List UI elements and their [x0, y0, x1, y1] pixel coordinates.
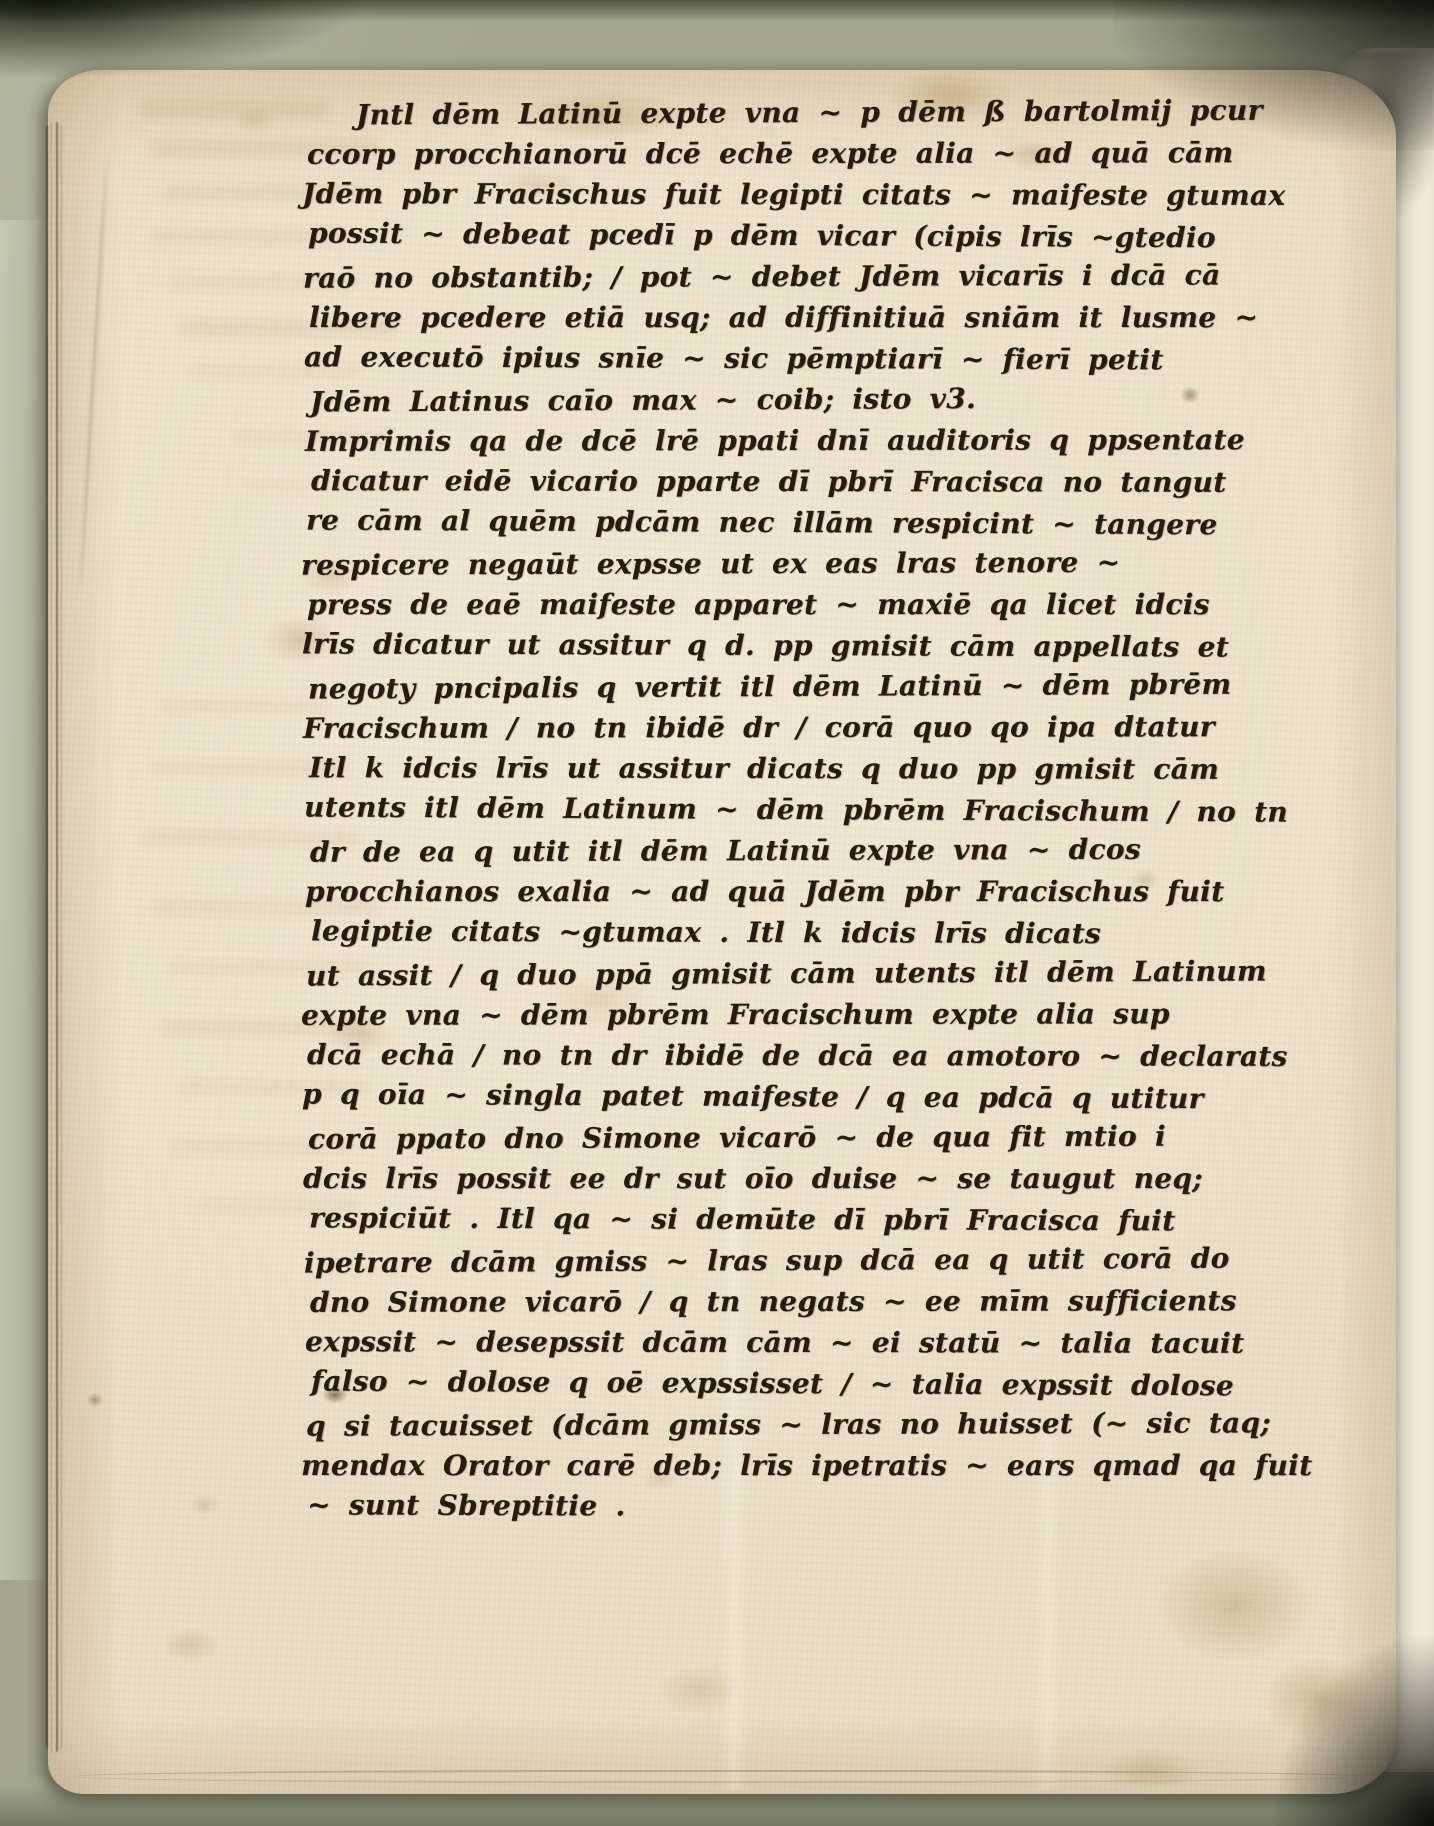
handwritten-line: dcā echā / no tn dr ibidē de dcā ea amot…: [307, 1034, 1266, 1077]
handwritten-line: legiptie citats ~gtumax . Itl k idcis lr…: [311, 910, 1266, 954]
handwritten-line: falso ~ dolose q oē expssisset / ~ talia…: [311, 1361, 1266, 1407]
handwritten-line: dno Simone vicarō / q tn negats ~ ee mīm…: [310, 1280, 1266, 1323]
handwritten-line: Imprimis qa de dcē lrē ppati dnī auditor…: [305, 419, 1266, 462]
handwritten-line: respiciūt . Itl qa ~ si demūte dī pbrī F…: [309, 1197, 1266, 1241]
handwritten-line: mendax Orator carē deb; lrīs ipetratis ~…: [301, 1445, 1266, 1486]
handwritten-line: procchianos exalia ~ ad quā Jdēm pbr Fra…: [305, 871, 1266, 912]
foxing-stain: [225, 100, 285, 140]
handwritten-line: libere pcedere etiā usq; ad diffinitiuā …: [309, 297, 1266, 338]
handwritten-line: press de eaē maifeste apparet ~ maxiē qa…: [307, 584, 1266, 625]
foxing-stain: [1125, 1525, 1345, 1685]
foxing-stain: [150, 1620, 230, 1670]
bottom-page-fold: [74, 1770, 1364, 1783]
handwritten-line: respicere negaūt expsse ut ex eas lras t…: [301, 541, 1266, 585]
handwritten-line: ccorp procchianorū dcē echē expte alia ~…: [307, 132, 1266, 175]
foxing-stain: [83, 1390, 107, 1410]
handwritten-line: dr de ea q utit itl dēm Latinū expte vna…: [310, 828, 1266, 872]
handwritten-line: lrīs dicatur ut assitur q d. pp gmisit c…: [302, 623, 1266, 667]
handwritten-line: dicatur eidē vicario pparte dī pbrī Frac…: [311, 460, 1266, 503]
handwritten-line: ut assit / q duo ppā gmisit cām utents i…: [306, 950, 1266, 996]
underlying-sheet: [0, 220, 52, 1580]
text-block: Jntl dēm Latinū expte vna ~ p dēm ß bart…: [306, 92, 1266, 1527]
handwritten-line: raō no obstantib; / pot ~ debet Jdēm vic…: [303, 254, 1266, 298]
manuscript-page: Jntl dēm Latinū expte vna ~ p dēm ß bart…: [48, 70, 1396, 1794]
book-cover-corner: [0, 0, 360, 78]
ink-showthrough: [140, 100, 330, 118]
handwritten-line: Itl k idcis lrīs ut assitur dicats q duo…: [309, 747, 1266, 790]
handwritten-line: q si tacuisset (dcām gmiss ~ lras no hui…: [306, 1402, 1266, 1446]
foxing-stain: [1240, 1640, 1400, 1760]
corner-crease: [79, 160, 108, 589]
foxing-stain: [183, 1491, 227, 1519]
manuscript-scan: Jntl dēm Latinū expte vna ~ p dēm ß bart…: [0, 0, 1434, 1826]
handwritten-line: negoty pncipalis q vertit itl dēm Latinū…: [308, 663, 1266, 709]
handwritten-line: ~ sunt Sbreptitie .: [307, 1484, 1266, 1528]
handwritten-line: Jdēm Latinus caīo max ~ coib; isto v3.: [310, 376, 1266, 422]
handwritten-line: Jdēm pbr Fracischus fuit legipti citats …: [302, 173, 1266, 216]
handwritten-line: p q oīa ~ singla patet maifeste / q ea p…: [302, 1073, 1266, 1119]
handwritten-line: dcis lrīs possit ee dr sut oīo duise ~ s…: [303, 1158, 1266, 1199]
foxing-stain: [640, 1655, 760, 1725]
page-stack-edges: [46, 122, 63, 1752]
handwritten-line: ad executō ipius snīe ~ sic pēmptiarī ~ …: [304, 336, 1266, 380]
handwritten-line: ipetrare dcām gmiss ~ lras sup dcā ea q …: [304, 1237, 1266, 1283]
handwritten-line: possit ~ debeat pcedī p dēm vicar (cipis…: [308, 212, 1266, 258]
handwritten-line: re cām al quēm pdcām nec illām respicint…: [306, 499, 1266, 545]
handwritten-line: Fracischum / no tn ibidē dr / corā quo q…: [303, 706, 1266, 749]
handwritten-line: expssit ~ desepssit dcām cām ~ ei statū …: [305, 1321, 1266, 1364]
handwritten-line: utents itl dēm Latinum ~ dēm pbrēm Fraci…: [304, 786, 1266, 832]
handwritten-line: Jntl dēm Latinū expte vna ~ p dēm ß bart…: [356, 90, 1266, 136]
handwritten-line: corā ppato dno Simone vicarō ~ de qua fi…: [308, 1115, 1266, 1159]
handwritten-line: expte vna ~ dēm pbrēm Fracischum expte a…: [301, 993, 1266, 1036]
